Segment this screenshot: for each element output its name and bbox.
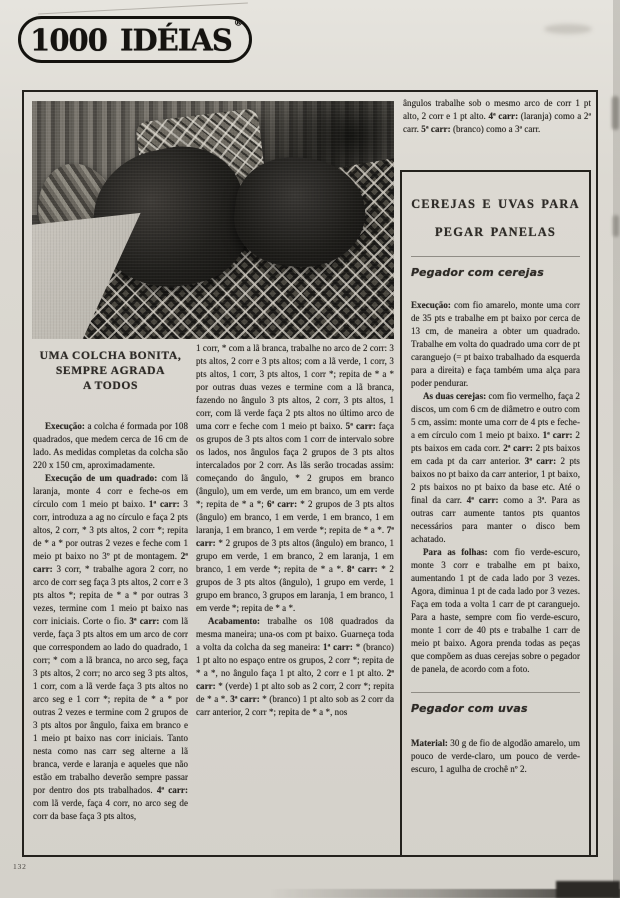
- edge-mark: [612, 96, 619, 130]
- magazine-logo: 1000 IDÉIAS®: [18, 16, 252, 63]
- page-number: 132: [13, 862, 27, 871]
- page-edge-shadow: [613, 0, 620, 898]
- subheading-pegador-cerejas: Pegador com cerejas: [411, 266, 580, 279]
- article-colcha-title: UMA COLCHA BONITA, SEMPRE AGRADA A TODOS: [33, 348, 188, 393]
- body-paragraph: Execução de um quadrado: com lã laranja,…: [33, 472, 188, 823]
- body-paragraph: ângulos trabalhe sob o mesmo arco de cor…: [403, 97, 591, 136]
- body-paragraph: Execução: com fio amarelo, monte uma cor…: [411, 299, 580, 390]
- body-paragraph: Para as folhas: com fio verde-escuro, mo…: [411, 546, 580, 676]
- scan-corner-artifact: [556, 881, 620, 898]
- bedspread-photo: [32, 101, 394, 339]
- edge-mark: [613, 215, 619, 237]
- section-rule: [411, 256, 580, 257]
- body-paragraph: Execução: a colcha é formada por 108 qua…: [33, 420, 188, 472]
- article-colcha-column-2: 1 corr, * com a lã branca, trabalhe no a…: [196, 342, 394, 852]
- pegador-cerejas-body: Execução: com fio amarelo, monte uma cor…: [411, 299, 580, 676]
- body-paragraph: Material: 30 g de fio de algodão amarelo…: [411, 737, 580, 776]
- scan-smudge-artifact: [544, 24, 592, 34]
- article-pegadores-box: CEREJAS E UVAS PARA PEGAR PANELAS Pegado…: [400, 170, 591, 857]
- body-paragraph: 1 corr, * com a lã branca, trabalhe no a…: [196, 342, 394, 615]
- magazine-logo-text: 1000 IDÉIAS®: [30, 22, 240, 57]
- article-colcha-column-3-continuation: ângulos trabalhe sob o mesmo arco de cor…: [403, 97, 591, 167]
- article-colcha-column-1: UMA COLCHA BONITA, SEMPRE AGRADA A TODOS…: [33, 348, 188, 850]
- article-pegadores-heading: CEREJAS E UVAS PARA PEGAR PANELAS: [411, 190, 580, 246]
- magazine-page: 1000 IDÉIAS® UMA COLCHA BONITA, SEMPRE A…: [0, 0, 620, 898]
- photo-grain-overlay: [32, 101, 394, 339]
- trademark-symbol: ®: [234, 18, 242, 28]
- subheading-pegador-uvas: Pegador com uvas: [411, 702, 580, 715]
- scan-scratch-artifact: [38, 3, 248, 15]
- body-paragraph: Acabamento: trabalhe os 108 quadrados da…: [196, 615, 394, 719]
- body-paragraph: As duas cerejas: com fio vermelho, faça …: [411, 390, 580, 546]
- section-rule: [411, 692, 580, 693]
- pegador-uvas-body: Material: 30 g de fio de algodão amarelo…: [411, 737, 580, 776]
- content-frame: UMA COLCHA BONITA, SEMPRE AGRADA A TODOS…: [22, 90, 598, 857]
